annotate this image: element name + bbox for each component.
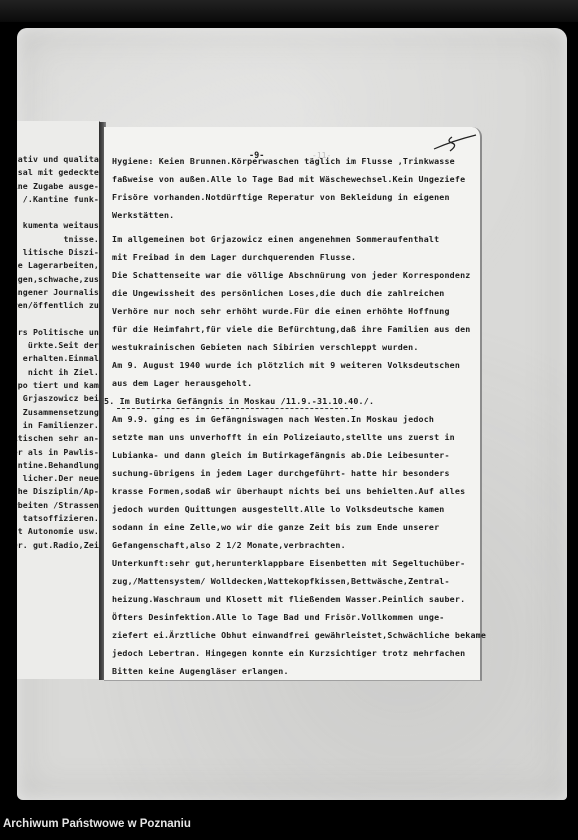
left-page-line: ürkte.Seit der <box>17 339 99 352</box>
left-page-fragment: itativ und qualitaessal mit gedeckteine … <box>17 121 99 679</box>
archive-footer: Archiwum Państwowe w Poznaniu <box>3 818 191 830</box>
text-line: Gefangenschaft,also 2 1/2 Monate,verbrac… <box>112 540 346 550</box>
left-page-line: Dr. gut.Radio,Zei <box>17 539 99 552</box>
left-page-line: fangener Journalis <box>17 286 99 299</box>
text-line: für die Heimfahrt,für viele die Befürcht… <box>112 324 470 334</box>
left-page-line: nicht ih Ziel. <box>17 366 99 379</box>
left-page-line: kumenta weitaus <box>17 219 99 232</box>
text-line: Unterkunft:sehr gut,herunterklappbare Ei… <box>112 558 465 568</box>
left-page-line <box>17 313 99 326</box>
text-line: setzte man uns unverhofft in ein Polizei… <box>112 432 455 442</box>
left-page-line: spo tiert und kam <box>17 379 99 392</box>
text-line: Verhöre nur noch sehr erhöht wurde.Für d… <box>112 306 450 316</box>
left-page-line: he Disziplin/Ap- <box>17 485 99 498</box>
left-page-line: /.Kantine funk- <box>17 193 99 206</box>
text-line: Bitten keine Augengläser erlangen. <box>112 666 289 676</box>
text-line: aus dem Lager herausgeholt. <box>112 378 252 388</box>
left-page-line: tnisse. <box>17 233 99 246</box>
left-page-line: er als in Pawlis- <box>17 446 99 459</box>
left-page-line: essal mit gedeckte <box>17 166 99 179</box>
scanner-top-edge <box>0 0 578 22</box>
text-line: sodann in eine Zelle,wo wir die ganze Ze… <box>112 522 439 532</box>
text-line: krasse Formen,sodaß wir überhaupt nichts… <box>112 486 465 496</box>
left-page-line: licher.Der neue <box>17 472 99 485</box>
text-line: Am 9.9. ging es im Gefängniswagen nach W… <box>112 414 434 424</box>
left-page-line: litische Diszi- <box>17 246 99 259</box>
left-page-line: Zusammensetzung <box>17 406 99 419</box>
main-page: -9- -11- Hygiene: Keien Brunnen.Körperwa… <box>104 127 482 681</box>
left-page-line: Grjaszowicz bei <box>17 392 99 405</box>
left-page-line: aren/öffentlich zu <box>17 299 99 312</box>
text-line: ziefert ei.Ärztliche Obhut einwandfrei g… <box>112 630 486 640</box>
heading-underline <box>117 408 353 409</box>
text-line: zug,/Mattensystem/ Wolldecken,Wattekopfk… <box>112 576 450 586</box>
left-page-line: te Lagerarbeiten, <box>17 259 99 272</box>
text-line: Öfters Desinfektion.Alle lo Tage Bad und… <box>112 612 445 622</box>
text-line: Hygiene: Keien Brunnen.Körperwaschen täg… <box>112 156 455 166</box>
text-line: heizung.Waschraum und Klosett mit fließe… <box>112 594 465 604</box>
left-page-line: ntine.Behandlung <box>17 459 99 472</box>
left-page-line: tatsoffizieren. <box>17 512 99 525</box>
text-line: Werkstätten. <box>112 210 174 220</box>
left-page-line: ine Zugabe ausge- <box>17 180 99 193</box>
text-line: die Ungewissheit des persönlichen Loses,… <box>112 288 445 298</box>
left-page-line <box>17 206 99 219</box>
section-heading: 5. Im Butirka Gefängnis in Moskau /11.9.… <box>104 396 374 406</box>
left-page-line: ungen,schwache,zus <box>17 273 99 286</box>
text-line: jedoch wurden Quittungen ausgestellt.All… <box>112 504 445 514</box>
left-page-line: in Familienzer. <box>17 419 99 432</box>
left-page-line: itischen sehr an- <box>17 432 99 445</box>
text-line: Im allgemeinen bot Grjazowicz einen ange… <box>112 234 439 244</box>
text-line: Am 9. August 1940 wurde ich plötzlich mi… <box>112 360 460 370</box>
left-page-text: itativ und qualitaessal mit gedeckteine … <box>17 153 99 552</box>
left-page-line: rbeiten /Strassen <box>17 499 99 512</box>
text-line: faßweise von außen.Alle lo Tage Bad mit … <box>112 174 465 184</box>
text-line: Lubianka- und dann gleich im Butirkagefä… <box>112 450 450 460</box>
text-line: suchung-übrigens in jedem Lager durchgef… <box>112 468 450 478</box>
text-line: jedoch Lebertran. Hingegen konnte ein Ku… <box>112 648 465 658</box>
left-page-line: fürs Politische un <box>17 326 99 339</box>
left-page-line: t Autonomie usw. <box>17 525 99 538</box>
text-line: Frisöre vorhanden.Notdürftige Reperatur … <box>112 192 450 202</box>
signature-mark-icon <box>432 131 478 153</box>
text-line: mit Freibad in dem Lager durchquerenden … <box>112 252 356 262</box>
left-page-line: itativ und qualita <box>17 153 99 166</box>
left-page-line: erhalten.Einmal <box>17 352 99 365</box>
text-line: westukrainischen Gebieten nach Sibirien … <box>112 342 419 352</box>
text-line: Die Schattenseite war die völlige Abschn… <box>112 270 470 280</box>
